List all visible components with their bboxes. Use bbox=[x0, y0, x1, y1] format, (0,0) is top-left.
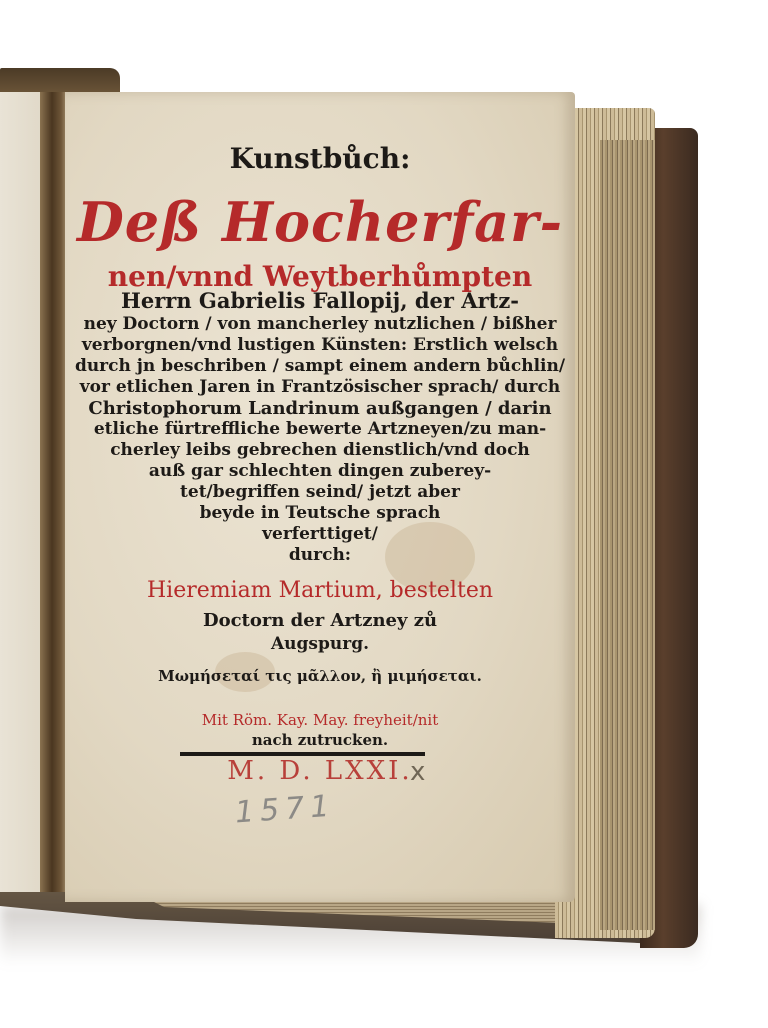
body-line: verferttiget/ bbox=[65, 524, 575, 545]
body-line: durch jn beschriben / sampt einem andern… bbox=[65, 356, 575, 377]
body-line: cherley leibs gebrechen dienstlich/vnd d… bbox=[65, 440, 575, 461]
body-line: ney Doctorn / von mancherley nutzlichen … bbox=[65, 314, 575, 335]
title-page: Kunstbůch: Deß Hocherfar- nen/vnnd Weytb… bbox=[65, 92, 575, 902]
body-line: Christophorum Landrinum außgangen / dari… bbox=[65, 398, 575, 419]
body-line: durch: bbox=[65, 545, 575, 566]
title-red-large: Deß Hocherfar- bbox=[65, 190, 575, 254]
year-roman: M. D. LXXI. bbox=[65, 756, 575, 786]
page-edges-inner bbox=[600, 140, 655, 930]
author-fallopius: Herrn Gabrielis Fallopij, der Artz- bbox=[65, 290, 575, 311]
pencil-year: 1571 bbox=[234, 789, 337, 831]
body-line: vor etlichen Jaren in Frantzösischer spr… bbox=[65, 377, 575, 398]
body-line: beyde in Teutsche sprach bbox=[65, 503, 575, 524]
author-city: Augspurg. bbox=[65, 634, 575, 655]
author-martius: Hieremiam Martium, bestelten bbox=[65, 580, 575, 601]
body-line: auß gar schlechten dingen zuberey- bbox=[65, 461, 575, 482]
pencil-mark: x bbox=[410, 757, 425, 787]
body-line: etliche fürtreffliche bewerte Artzneyen/… bbox=[65, 419, 575, 440]
title-kunstbuch: Kunstbůch: bbox=[65, 142, 575, 175]
author-title: Doctorn der Artzney zů bbox=[65, 610, 575, 631]
greek-motto: Μωμήσεταί τις μᾶλλον, ἢ μιμήσεται. bbox=[65, 666, 575, 687]
privilege-red: Mit Röm. Kay. May. freyheit/nit bbox=[65, 710, 575, 731]
book-cover-top bbox=[0, 68, 120, 94]
body-line: tet/begriffen seind/ jetzt aber bbox=[65, 482, 575, 503]
privilege-black: nach zutrucken. bbox=[65, 730, 575, 751]
body-line: verborgnen/vnd lustigen Künsten: Erstlic… bbox=[65, 335, 575, 356]
